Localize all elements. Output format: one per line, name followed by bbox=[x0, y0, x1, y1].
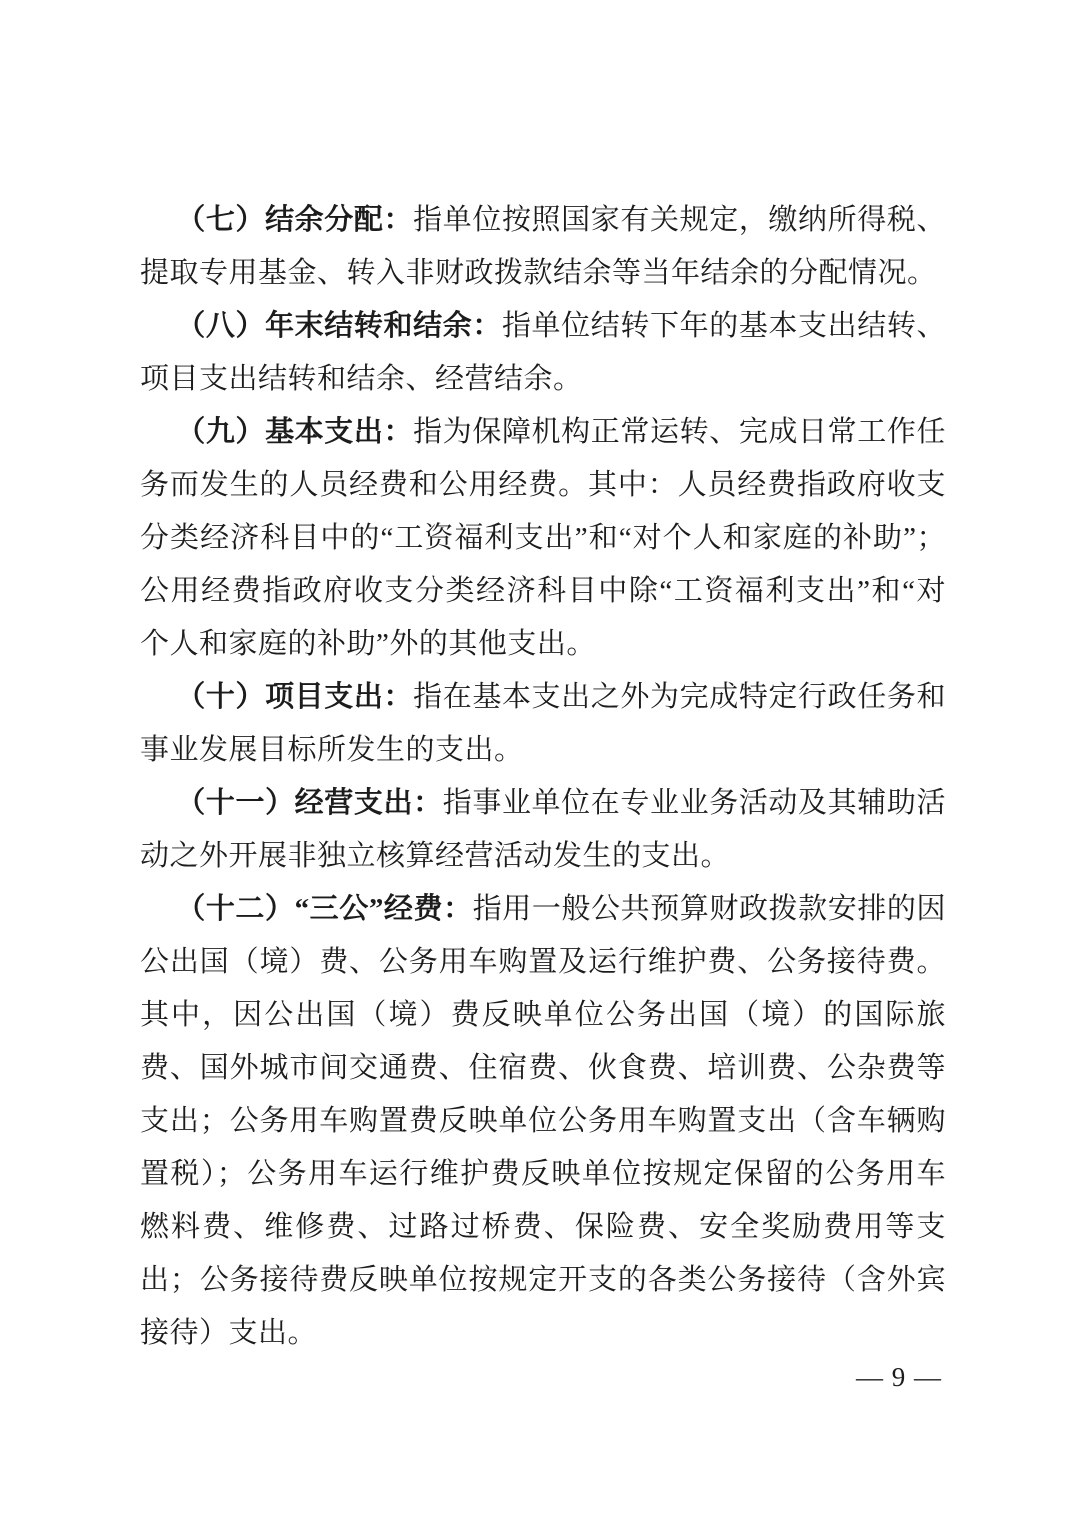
term-label: （七）结余分配： bbox=[176, 204, 413, 236]
term-label: （十一）经营支出： bbox=[176, 787, 442, 819]
term-definition: 指用一般公共预算财政拨款安排的因公出国（境）费、公务用车购置及运行维护费、公务接… bbox=[140, 893, 946, 1349]
term-label: （九）基本支出： bbox=[176, 416, 413, 448]
definition-paragraph: （八）年末结转和结余：指单位结转下年的基本支出结转、项目支出结转和结余、经营结余… bbox=[140, 300, 946, 406]
page-number: — 9 — bbox=[856, 1360, 942, 1394]
term-definition: 指为保障机构正常运转、完成日常工作任务而发生的人员经费和公用经费。其中：人员经费… bbox=[140, 416, 946, 660]
document-page: （七）结余分配：指单位按照国家有关规定，缴纳所得税、提取专用基金、转入非财政拨款… bbox=[0, 0, 1075, 1520]
definition-paragraph: （十二）“三公”经费：指用一般公共预算财政拨款安排的因公出国（境）费、公务用车购… bbox=[140, 883, 946, 1360]
term-label: （八）年末结转和结余： bbox=[176, 310, 502, 342]
document-text-block: （七）结余分配：指单位按照国家有关规定，缴纳所得税、提取专用基金、转入非财政拨款… bbox=[140, 194, 946, 1360]
definition-paragraph: （九）基本支出：指为保障机构正常运转、完成日常工作任务而发生的人员经费和公用经费… bbox=[140, 406, 946, 671]
definition-paragraph: （十一）经营支出：指事业单位在专业业务活动及其辅助活动之外开展非独立核算经营活动… bbox=[140, 777, 946, 883]
definition-paragraph: （十）项目支出：指在基本支出之外为完成特定行政任务和事业发展目标所发生的支出。 bbox=[140, 671, 946, 777]
term-label: （十）项目支出： bbox=[176, 681, 413, 713]
definition-paragraph: （七）结余分配：指单位按照国家有关规定，缴纳所得税、提取专用基金、转入非财政拨款… bbox=[140, 194, 946, 300]
term-label: （十二）“三公”经费： bbox=[176, 893, 472, 925]
